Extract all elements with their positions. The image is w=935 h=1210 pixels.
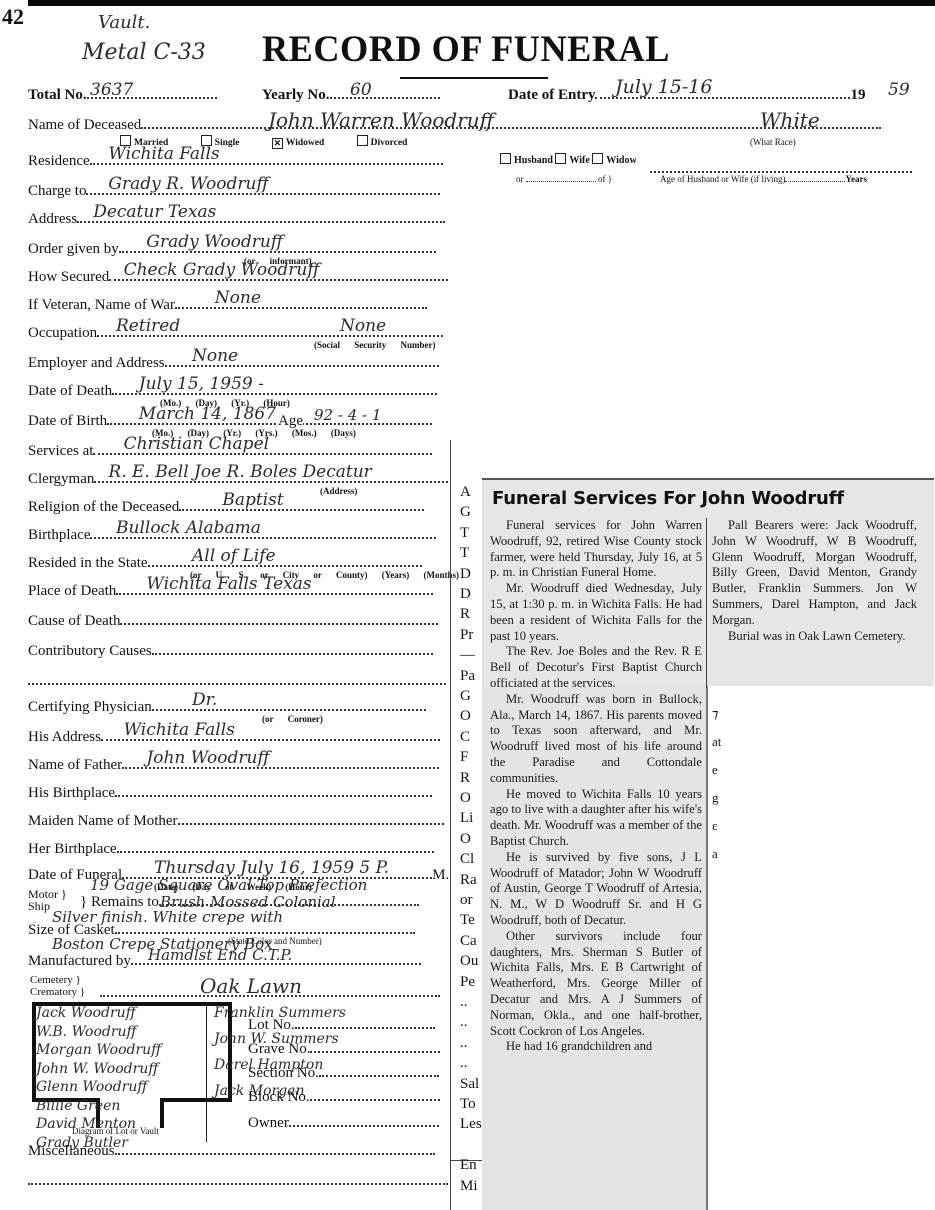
date-of-entry-label: Date of Entry [508, 87, 595, 103]
scan-top-edge [0, 0, 935, 6]
field-value: Grady Woodruff [146, 232, 283, 252]
field-value: Check Grady Woodruff [124, 260, 320, 280]
sliver-fragment: Ra [460, 872, 477, 889]
field-caption: (Address) [320, 486, 357, 496]
sliver-fragment: O [460, 790, 471, 807]
pallbearer-name: John W. Woodruff [36, 1060, 161, 1079]
sliver-fragment: Mi [460, 1178, 478, 1195]
field-caption: (or Coroner) [262, 714, 323, 724]
casket-line1: 19 Gage Square Oval Top Prefection [90, 876, 367, 894]
cemetery-crematory-label: Cemetery }Crematory } [30, 974, 85, 998]
diagram-caption: Diagram of Lot or Vault [72, 1126, 159, 1136]
metal-annotation: Metal C-33 [82, 40, 206, 65]
form-field-address: Address [28, 210, 445, 228]
sliver-fragment: Ca [460, 933, 477, 950]
field-label: Birthplace [28, 527, 90, 543]
field-value: John Woodruff [146, 748, 269, 768]
field-value: Wichita Falls Texas [146, 574, 311, 594]
clipping-paragraph: Pall Bearers were: Jack Woodruff, John W… [712, 518, 917, 629]
clipping-paragraph: Other survivors include four daughters, … [490, 929, 702, 1040]
checkbox-divorced[interactable]: Divorced [357, 138, 408, 148]
field-label: Residence [28, 153, 90, 169]
sliver-fragment: .. [460, 1035, 468, 1052]
pallbearer-name: W.B. Woodruff [36, 1023, 161, 1042]
miscellaneous-line-2 [28, 1172, 448, 1190]
sliver-fragment: D [460, 566, 471, 583]
checkbox-husband[interactable]: Husband [500, 155, 553, 166]
clipping-paragraph: Mr. Woodruff was born in Bullock, Ala., … [490, 692, 702, 787]
field-value: Retired [116, 316, 180, 336]
sliver-fragment: Cl [460, 851, 474, 868]
sliver-fragment: A [460, 484, 471, 501]
clipping-paragraph: Funeral services for John Warren Woodruf… [490, 518, 702, 581]
sliver-fragment: Li [460, 810, 473, 827]
field-label: How Secured [28, 269, 109, 285]
field-label: Services at [28, 443, 93, 459]
clipping-column-1: Funeral services for John Warren Woodruf… [490, 518, 702, 1055]
field-label: Clergyman [28, 471, 94, 487]
sliver-fragment: R [460, 606, 470, 623]
checkbox-widowed[interactable]: ✕Widowed [272, 138, 324, 148]
total-no-value: 3637 [90, 80, 133, 100]
checkbox-wife[interactable]: Wife [555, 155, 589, 166]
clipping-paragraph: He is survived by five sons, J L Woodruf… [490, 850, 702, 929]
field-value: Baptist [222, 490, 283, 510]
field-value: Dr. [192, 690, 217, 710]
field-value: Thursday July 16, 1959 5 P. [154, 858, 389, 878]
field-label: Employer and Address [28, 355, 165, 371]
field-value: R. E. Bell Joe R. Boles Decatur [108, 462, 371, 482]
field-value: All of Life [192, 546, 276, 566]
race-value: White [760, 108, 820, 132]
age-of-spouse-field: Age of Husband or Wife (if living)Years [660, 174, 867, 184]
spouse-options: Husband Wife Widow [500, 153, 637, 166]
field-value: July 15, 1959 - [139, 374, 264, 394]
race-caption: (What Race) [750, 137, 796, 147]
miscellaneous-line-3 [28, 1200, 448, 1210]
sliver-fragment: .. [460, 1055, 468, 1072]
yearly-no-label: Yearly No. [262, 87, 330, 103]
lot-no-field: Lot No. [248, 1016, 435, 1034]
field-label: Resided in the State [28, 555, 148, 571]
sliver-fragment: Les [460, 1116, 482, 1133]
clipping-headline: Funeral Services For John Woodruff [492, 488, 844, 509]
sliver-fragment: F [460, 749, 468, 766]
form-column-divider [450, 440, 451, 1210]
sliver-fragment: To [460, 1096, 476, 1113]
casket-caption: (State Color and Number) [228, 936, 322, 946]
field-label: Occupation [28, 325, 97, 341]
field-label: Name of Father [28, 757, 122, 773]
year-suffix: 59 [888, 80, 910, 100]
sliver-fragment: Ou [460, 953, 478, 970]
spouse-or-of: or of } [516, 174, 612, 184]
form-field-residence: Residence [28, 152, 443, 170]
form-field-certifying-physician: Certifying Physician [28, 698, 426, 716]
form-field-maiden-name-of-mother: Maiden Name of Mother [28, 812, 444, 830]
sliver-fragment: — [460, 647, 475, 664]
field-value: Grady R. Woodruff [108, 174, 268, 194]
sliver-fragment: Pr [460, 627, 473, 644]
sliver-fragment: Te [460, 912, 475, 929]
vault-annotation: Vault. [98, 12, 150, 33]
field-label: Charge to [28, 183, 86, 199]
field-value: None [192, 346, 238, 366]
sliver-fragment: R [460, 770, 470, 787]
cemetery-value: Oak Lawn [200, 974, 302, 998]
field-label: Date of Birth [28, 413, 107, 429]
right-column-fragments: ⁊ategɛa [712, 700, 721, 868]
form-field-contributory-causes: Contributory Causes [28, 642, 433, 660]
field-label: Her Birthplace [28, 841, 117, 857]
sliver-fragment: D [460, 586, 471, 603]
sliver-fragment: G [460, 688, 471, 705]
name-of-deceased-label: Name of Deceased [28, 117, 141, 133]
total-no-label: Total No. [28, 87, 87, 103]
sliver-fragment: O [460, 831, 471, 848]
field-value: March 14, 1867 [139, 404, 276, 424]
sliver-fragment: C [460, 729, 470, 746]
block-no-field: Block No. [248, 1088, 440, 1106]
field-label: Date of Death [28, 383, 112, 399]
field-value: Wichita Falls [108, 144, 219, 164]
form-field-cause-of-death: Cause of Death [28, 612, 438, 630]
pallbearer-name: Jack Woodruff [36, 1004, 161, 1023]
field-label: Order given by [28, 241, 119, 257]
sliver-fragment: O [460, 708, 471, 725]
field-label: Religion of the Deceased [28, 499, 179, 515]
field-label: If Veteran, Name of War [28, 297, 175, 313]
form-field-her-birthplace: Her Birthplace [28, 840, 434, 858]
field-label: Address [28, 211, 77, 227]
sliver-fragment: Pa [460, 668, 475, 685]
sliver-fragment: G [460, 504, 471, 521]
clipping-column-divider [706, 518, 707, 688]
clipping-paragraph: Burial was in Oak Lawn Cemetery. [712, 629, 917, 645]
miscellaneous-field: Miscellaneous [28, 1142, 435, 1160]
form-field-blank [28, 672, 446, 690]
sliver-fragment: En [460, 1157, 477, 1174]
age-value: 92 - 4 - 1 [314, 406, 381, 424]
section-no-field: Section No. [248, 1064, 439, 1082]
sliver-fragment: .. [460, 1014, 468, 1031]
deceased-name-value: John Warren Woodruff [268, 108, 494, 132]
sliver-fragment: Sal [460, 1076, 479, 1093]
field-label: His Birthplace [28, 785, 115, 801]
yearly-no-value: 60 [350, 80, 372, 100]
field-caption: (Social Security Number) [314, 340, 435, 350]
sliver-fragment: .. [460, 994, 468, 1011]
owner-field: Owner [248, 1114, 439, 1132]
clipping-paragraph: The Rev. Joe Boles and the Rev. R E Bell… [490, 644, 702, 691]
sliver-fragment: Pe [460, 974, 475, 991]
title-underline [400, 77, 548, 79]
pallbearer-name: Glenn Woodruff [36, 1078, 161, 1097]
field-value: Christian Chapel [124, 434, 269, 454]
clipping-paragraph: He had 16 grandchildren and [490, 1039, 702, 1055]
page-number: 42 [0, 0, 28, 30]
clipping-paragraph: Mr. Woodruff died Wednesday, July 15, at… [490, 581, 702, 644]
grave-no-field: Grave No. [248, 1040, 440, 1058]
year-prefix: 19 [850, 87, 865, 103]
page-title: RECORD OF FUNERAL [262, 28, 670, 71]
sliver-fragment: T [460, 525, 469, 542]
field-value-secondary: None [340, 316, 386, 336]
clipping-paragraph: He moved to Wichita Falls 10 years ago t… [490, 787, 702, 850]
field-label: Cause of Death [28, 613, 120, 629]
checkbox-widow[interactable]: Widow [592, 155, 636, 166]
pallbearer-name: Morgan Woodruff [36, 1041, 161, 1060]
sliver-fragment: T [460, 545, 469, 562]
field-value: None [215, 288, 261, 308]
field-value: Bullock Alabama [116, 518, 261, 538]
field-label: Maiden Name of Mother [28, 813, 178, 829]
field-label: Certifying Physician [28, 699, 152, 715]
manufactured-value: Hamdlst End C.T.P. [148, 946, 292, 964]
form-field-his-birthplace: His Birthplace [28, 784, 432, 802]
pallbearer-name: Billie Green [36, 1097, 161, 1116]
field-value: Wichita Falls [124, 720, 235, 740]
field-label: Contributory Causes [28, 643, 152, 659]
field-label: His Address [28, 729, 101, 745]
field-value: Decatur Texas [93, 202, 216, 222]
field-label: Place of Death [28, 583, 116, 599]
clipping-column-2: Pall Bearers were: Jack Woodruff, John W… [712, 518, 917, 644]
date-of-entry-value: July 15-16 [615, 76, 712, 98]
sliver-fragment: or [460, 892, 473, 909]
